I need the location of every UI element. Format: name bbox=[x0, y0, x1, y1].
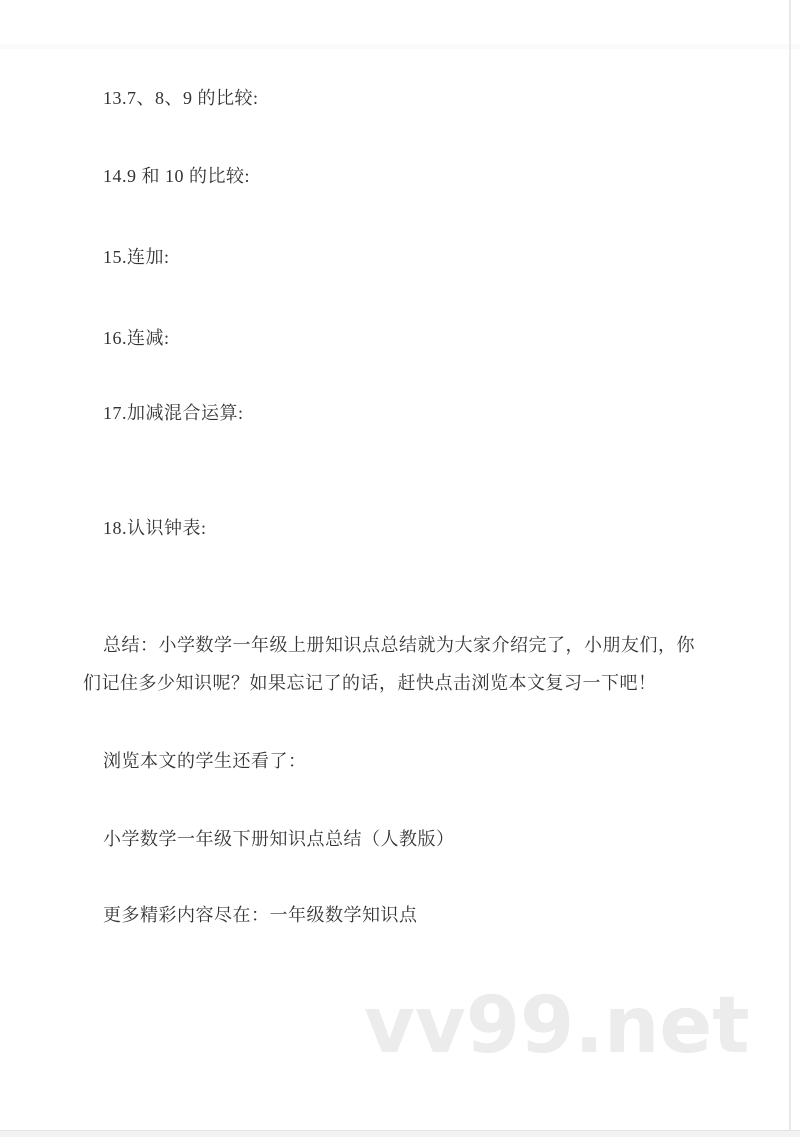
viewer-bottom-strip bbox=[0, 1130, 800, 1137]
related-heading: 浏览本文的学生还看了： bbox=[83, 747, 307, 775]
related-item-link-text: 小学数学一年级下册知识点总结（人教版） bbox=[83, 825, 455, 853]
summary-line-1: 总结：小学数学一年级上册知识点总结就为大家介绍完了，小朋友们，你 bbox=[83, 626, 695, 664]
more-content-line: 更多精彩内容尽在：一年级数学知识点 bbox=[83, 901, 418, 929]
scan-artifact-band bbox=[0, 44, 800, 49]
list-item-comparison-9-10: 14.9 和 10 的比较: bbox=[83, 162, 250, 190]
site-watermark: vv99.net bbox=[364, 990, 750, 1062]
document-page: 13.7、8、9 的比较: 14.9 和 10 的比较: 15.连加: 16.连… bbox=[0, 0, 800, 1137]
summary-line-2: 们记住多少知识呢？如果忘记了的话，赶快点击浏览本文复习一下吧！ bbox=[83, 664, 657, 702]
list-item-clocks: 18.认识钟表: bbox=[83, 514, 207, 542]
list-item-serial-subtraction: 16.连减: bbox=[83, 324, 170, 352]
page-right-edge-line bbox=[789, 0, 791, 1137]
list-item-serial-addition: 15.连加: bbox=[83, 243, 170, 271]
list-item-mixed-operations: 17.加减混合运算: bbox=[83, 399, 244, 427]
list-item-comparison-789: 13.7、8、9 的比较: bbox=[83, 84, 259, 112]
